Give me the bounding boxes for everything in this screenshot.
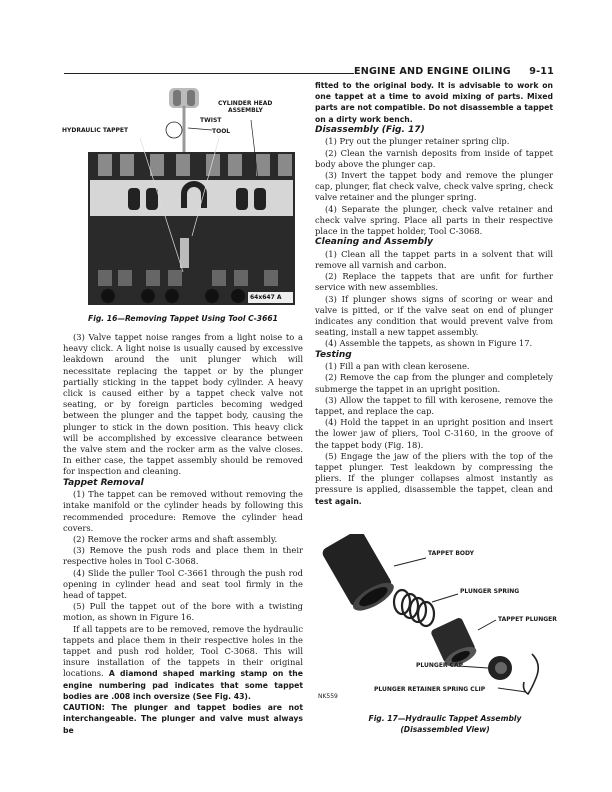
heading-tappet-removal: Tappet Removal — [63, 478, 303, 490]
heading-disassembly: Disassembly (Fig. 17) — [315, 125, 553, 137]
label-retainer-clip: PLUNGER RETAINER SPRING CLIP — [374, 686, 485, 693]
page-number: 9-11 — [529, 66, 554, 77]
section-title: ENGINE AND ENGINE OILING — [354, 66, 511, 77]
cleaning-step-2: (2) Replace the tappets that are unfit f… — [315, 271, 553, 293]
removal-step-5: (5) Pull the tappet out of the bore with… — [63, 601, 303, 623]
removal-step-2: (2) Remove the rocker arms and shaft ass… — [63, 534, 303, 545]
removal-step-3: (3) Remove the push rods and place them … — [63, 545, 303, 567]
testing-step-5: (5) Engage the jaw of the pliers with th… — [315, 451, 553, 507]
testing-step-3: (3) Allow the tappet to fill with kerose… — [315, 395, 553, 417]
disassembly-step-4: (4) Separate the plunger, check valve re… — [315, 204, 553, 238]
removal-step-1: (1) The tappet can be removed without re… — [63, 489, 303, 534]
figure-16-caption: Fig. 16—Removing Tappet Using Tool C-366… — [63, 314, 303, 323]
label-assembly: ASSEMBLY — [228, 107, 263, 114]
figure-16: CYLINDER HEAD ASSEMBLY TWIST HYDRAULIC T… — [88, 88, 303, 308]
continued-warning: fitted to the original body. It is advis… — [315, 80, 553, 125]
right-column: fitted to the original body. It is advis… — [315, 80, 553, 507]
label-cylinder-head: CYLINDER HEAD — [218, 100, 272, 107]
figure-17-caption-1: Fig. 17—Hydraulic Tappet Assembly — [330, 714, 560, 723]
heading-cleaning: Cleaning and Assembly — [315, 237, 553, 249]
engine-photo-icon — [88, 88, 303, 308]
testing-step-1: (1) Fill a pan with clean kerosene. — [315, 361, 553, 372]
label-tappet-plunger: TAPPET PLUNGER — [498, 616, 557, 623]
disassembly-step-3: (3) Invert the tappet body and remove th… — [315, 170, 553, 204]
label-tappet-body: TAPPET BODY — [428, 550, 474, 557]
cleaning-step-3: (3) If plunger shows signs of scoring or… — [315, 294, 553, 339]
paragraph-all-tappets: If all tappets are to be removed, remove… — [63, 624, 303, 702]
photo-code: 64x647 A — [250, 294, 281, 301]
figure-17-caption-2: (Disassembled View) — [330, 725, 560, 734]
label-plunger-spring: PLUNGER SPRING — [460, 588, 519, 595]
left-column: (3) Valve tappet noise ranges from a lig… — [63, 332, 303, 736]
testing-step-2: (2) Remove the cap from the plunger and … — [315, 372, 553, 394]
caution-note: CAUTION: The plunger and tappet bodies a… — [63, 702, 303, 736]
disassembly-step-2: (2) Clean the varnish deposits from insi… — [315, 148, 553, 170]
label-hydraulic-tappet: HYDRAULIC TAPPET — [62, 127, 128, 134]
figure-code: NK559 — [318, 693, 338, 700]
header-rule — [64, 73, 354, 74]
figure-17: TAPPET BODY PLUNGER SPRING TAPPET PLUNGE… — [318, 534, 558, 704]
cleaning-step-1: (1) Clean all the tappet parts in a solv… — [315, 249, 553, 271]
label-plunger-cap: PLUNGER CAP — [416, 662, 463, 669]
cleaning-step-4: (4) Assemble the tappets, as shown in Fi… — [315, 338, 553, 349]
test-again-bold: test again. — [315, 497, 362, 506]
disassembly-step-1: (1) Pry out the plunger retainer spring … — [315, 136, 553, 147]
label-twist: TWIST — [200, 117, 221, 124]
paragraph-tappet-noise: (3) Valve tappet noise ranges from a lig… — [63, 332, 303, 478]
testing-step-4: (4) Hold the tappet in an upright positi… — [315, 417, 553, 451]
testing-step-5-text: (5) Engage the jaw of the pliers with th… — [315, 451, 553, 495]
removal-step-4: (4) Slide the puller Tool C-3661 through… — [63, 568, 303, 602]
label-tool: TOOL — [212, 128, 230, 135]
heading-testing: Testing — [315, 350, 553, 362]
